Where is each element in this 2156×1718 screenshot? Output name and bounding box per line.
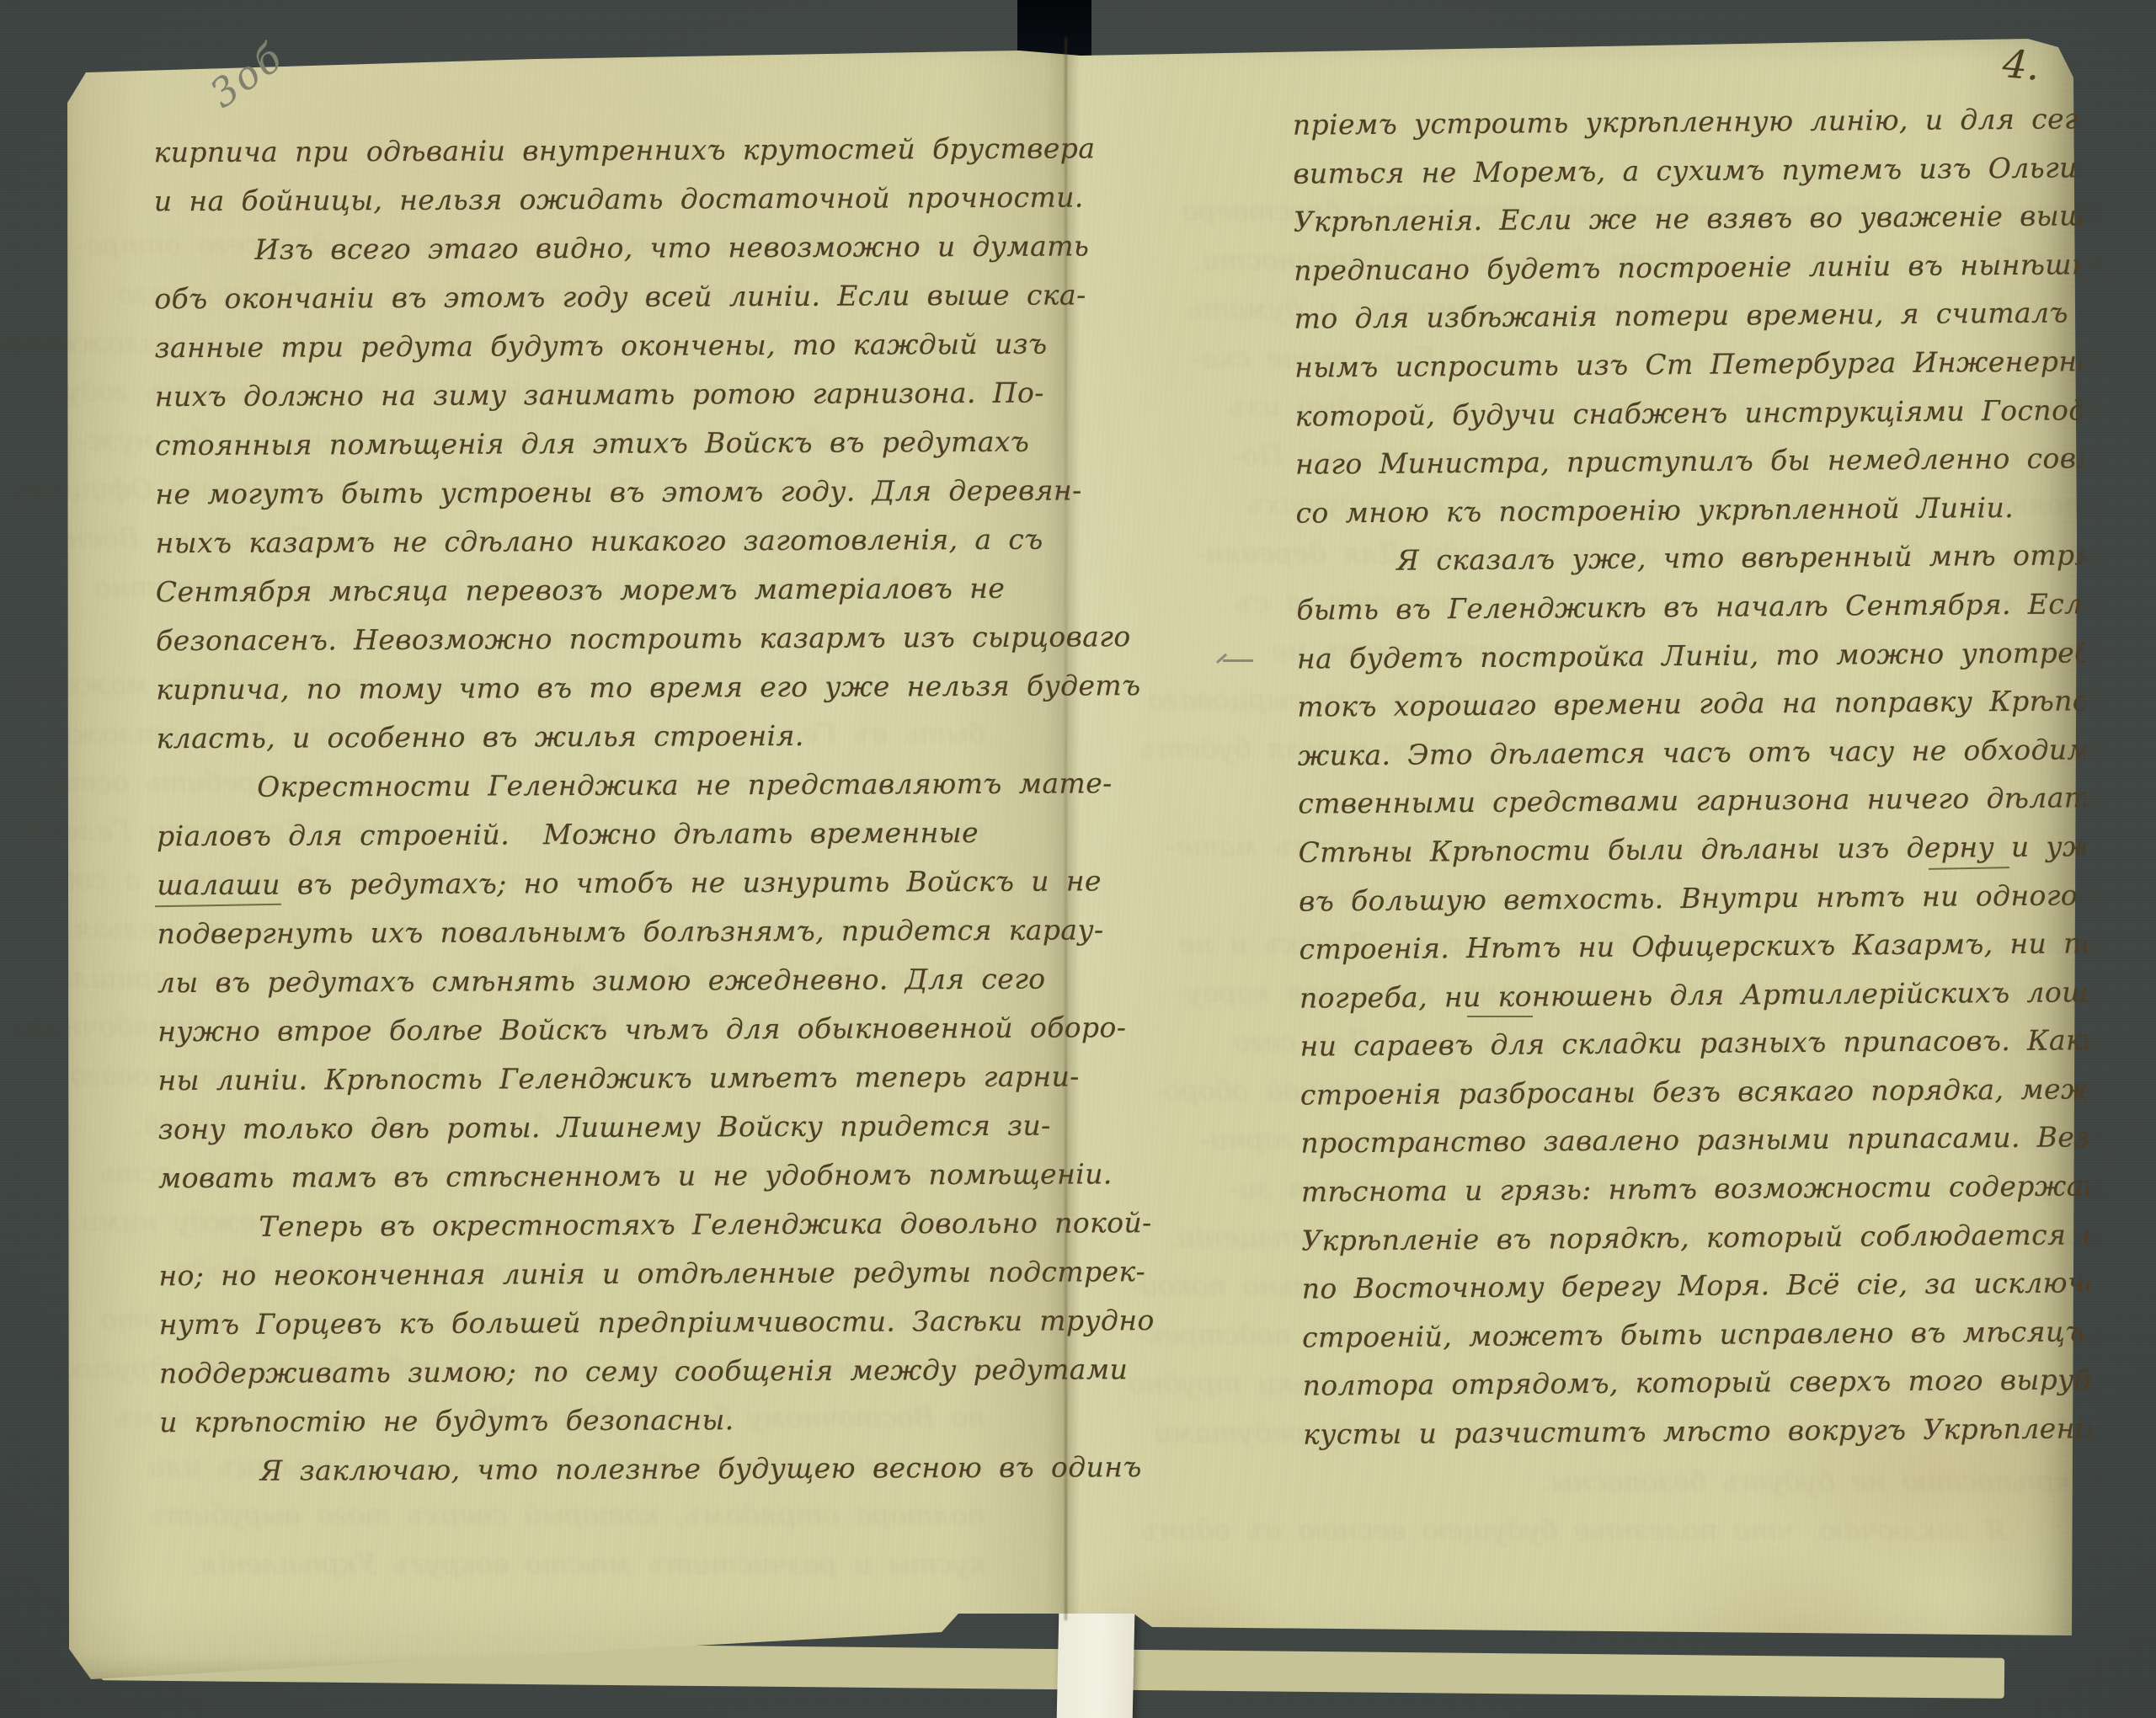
right-page-text: пріемъ устроить укрѣпленную линію, и для… [1293, 94, 2091, 1459]
manuscript-line: нихъ должно на зиму занимать ротою гарни… [155, 369, 1022, 421]
manuscript-line: предписано будетъ построеніе линіи въ ны… [1294, 240, 2081, 295]
manuscript-line: объ окончаніи въ этомъ году всей линіи. … [154, 271, 1022, 323]
manuscript-line: Сентября мѣсяца перевозъ моремъ матеріал… [156, 564, 1023, 616]
manuscript-line: подвергнуть ихъ повальнымъ болѣзнямъ, пр… [157, 906, 1025, 958]
manuscript-line: тѣснота и грязь: нѣтъ возможности содерж… [1301, 1161, 2089, 1216]
manuscript-line: строенія. Нѣтъ ни Офицерскихъ Казармъ, н… [1299, 919, 2086, 974]
manuscript-line: лы въ редутахъ смѣнять зимою ежедневно. … [157, 955, 1025, 1007]
manuscript-line: виться не Моремъ, а сухимъ путемъ изъ Ол… [1293, 143, 2080, 198]
manuscript-line: кусты и разчиститъ мѣсто вокругъ Укрѣпле… [59, 1539, 985, 1588]
manuscript-line: но; но неоконченная линія и отдѣленные р… [158, 1248, 1026, 1300]
ink-underline [1467, 1016, 1533, 1017]
manuscript-line: шалаши въ редутахъ; но чтобъ не изнурить… [157, 857, 1024, 910]
manuscript-line: ріаловъ для строеній. Можно дѣлать време… [157, 808, 1024, 861]
manuscript-line: зону только двѣ роты. Лишнему Войску при… [158, 1102, 1026, 1154]
manuscript-line: мовать тамъ въ стѣсненномъ и не удобномъ… [158, 1150, 1026, 1203]
manuscript-line: которой, будучи снабженъ инструкціями Го… [1294, 386, 2082, 440]
manuscript-line: токъ хорошаго времени года на поправку К… [1297, 676, 2084, 731]
manuscript-line: Теперь въ окрестностяхъ Геленджика довол… [158, 1199, 1026, 1251]
manuscript-line: ныхъ казармъ не сдѣлано никакого заготов… [155, 515, 1022, 568]
manuscript-line: Окрестности Геленджика не представляютъ … [157, 760, 1024, 812]
manuscript-line: жика. Это дѣлается часъ отъ часу не обхо… [1298, 725, 2085, 780]
manuscript-line: нутъ Горцевъ къ большей предпріимчивости… [159, 1297, 1027, 1349]
manuscript-line: Я сказалъ уже, что ввѣренный мнѣ отрядъ … [1296, 531, 2084, 586]
manuscript-line: и на бойницы, нельзя ожидать достаточной… [154, 173, 1022, 226]
manuscript-line: ственными средствами гарнизона ничего дѣ… [1298, 774, 2085, 829]
margin-pencil-mark [1219, 645, 1255, 662]
manuscript-line: ни сараевъ для складки разныхъ припасовъ… [1299, 1016, 2087, 1071]
manuscript-line: со мною къ построенію укрѣпленной Линіи. [1295, 483, 2083, 537]
manuscript-line: кусты и разчиститъ мѣсто вокругъ Укрѣпле… [1303, 1404, 2090, 1459]
manuscript-line: безопасенъ. Невозможно построить казармъ… [156, 613, 1023, 665]
manuscript-line: быть въ Геленджикѣ въ началѣ Сентября. Е… [1296, 579, 2084, 634]
manuscript-line: по Восточному берегу Моря. Всё сіе, за и… [1302, 1259, 2089, 1314]
manuscript-line: нужно втрое болѣе Войскъ чѣмъ для обыкно… [157, 1004, 1025, 1056]
manuscript-line: кирпича, по тому что въ то время его уже… [156, 662, 1023, 714]
manuscript-line: погреба, ни конюшень для Артиллерійскихъ… [1299, 968, 2087, 1022]
manuscript-line: на будетъ постройка Линіи, то можно упот… [1297, 628, 2084, 683]
manuscript-line: наго Министра, приступилъ бы немедленно … [1295, 434, 2083, 488]
manuscript-line: строенія разбросаны безъ всякаго порядка… [1300, 1064, 2088, 1119]
manuscript-line: поддерживать зимою; по сему сообщенія ме… [159, 1346, 1027, 1398]
manuscript-line: то для избѣжанія потери времени, я счита… [1294, 289, 2081, 344]
manuscript-line: полтора отрядомъ, который сверхъ того вы… [59, 1491, 985, 1539]
manuscript-line: занные три редута будутъ окончены, то ка… [154, 320, 1022, 372]
bookmark-ribbon-bottom [1057, 1611, 1135, 1718]
manuscript-line: полтора отрядомъ, который сверхъ того вы… [1302, 1356, 2089, 1411]
manuscript-line: пространство завалено разными припасами.… [1300, 1113, 2088, 1168]
manuscript-line: пріемъ устроить укрѣпленную линію, и для… [1293, 94, 2080, 149]
manuscript-line: Я заключаю, что полезнѣе будущею весною … [159, 1443, 1027, 1496]
manuscript-line: Укрѣпленіе въ порядкѣ, который соблюдает… [1301, 1210, 2089, 1265]
manuscript-line: Изъ всего этаго видно, что невозможно и … [154, 222, 1022, 275]
page-number: 4. [2001, 40, 2041, 89]
manuscript-line: кирпича при одѣваніи внутреннихъ крутост… [153, 125, 1021, 177]
left-page-text: кирпича при одѣваніи внутреннихъ крутост… [153, 125, 1027, 1496]
manuscript-line: строеній, можетъ быть исправлено въ мѣся… [1302, 1307, 2089, 1362]
manuscript-line: Я заключаю, что полезнѣе будущею весною … [1263, 1506, 2105, 1555]
manuscript-line: въ большую ветхость. Внутри нѣтъ ни одно… [1299, 871, 2086, 926]
manuscript-line: Укрѣпленія. Если же не взявъ во уваженіе… [1294, 192, 2081, 247]
manuscript-line: стоянныя помѣщенія для этихъ Войскъ въ р… [155, 418, 1022, 470]
manuscript-line: нымъ испросить изъ Ст Петербурга Инженер… [1294, 337, 2082, 392]
manuscript-line: не могутъ быть устроены въ этомъ году. Д… [155, 467, 1022, 519]
manuscript-line: и крѣпостію не будутъ безопасны. [1263, 1457, 2105, 1506]
manuscript-line: и крѣпостію не будутъ безопасны. [159, 1395, 1027, 1447]
manuscript-line: класть, и особенно въ жилья строенія. [156, 711, 1023, 763]
manuscript-line: ны линіи. Крѣпость Геленджикъ имѣетъ теп… [157, 1053, 1025, 1105]
